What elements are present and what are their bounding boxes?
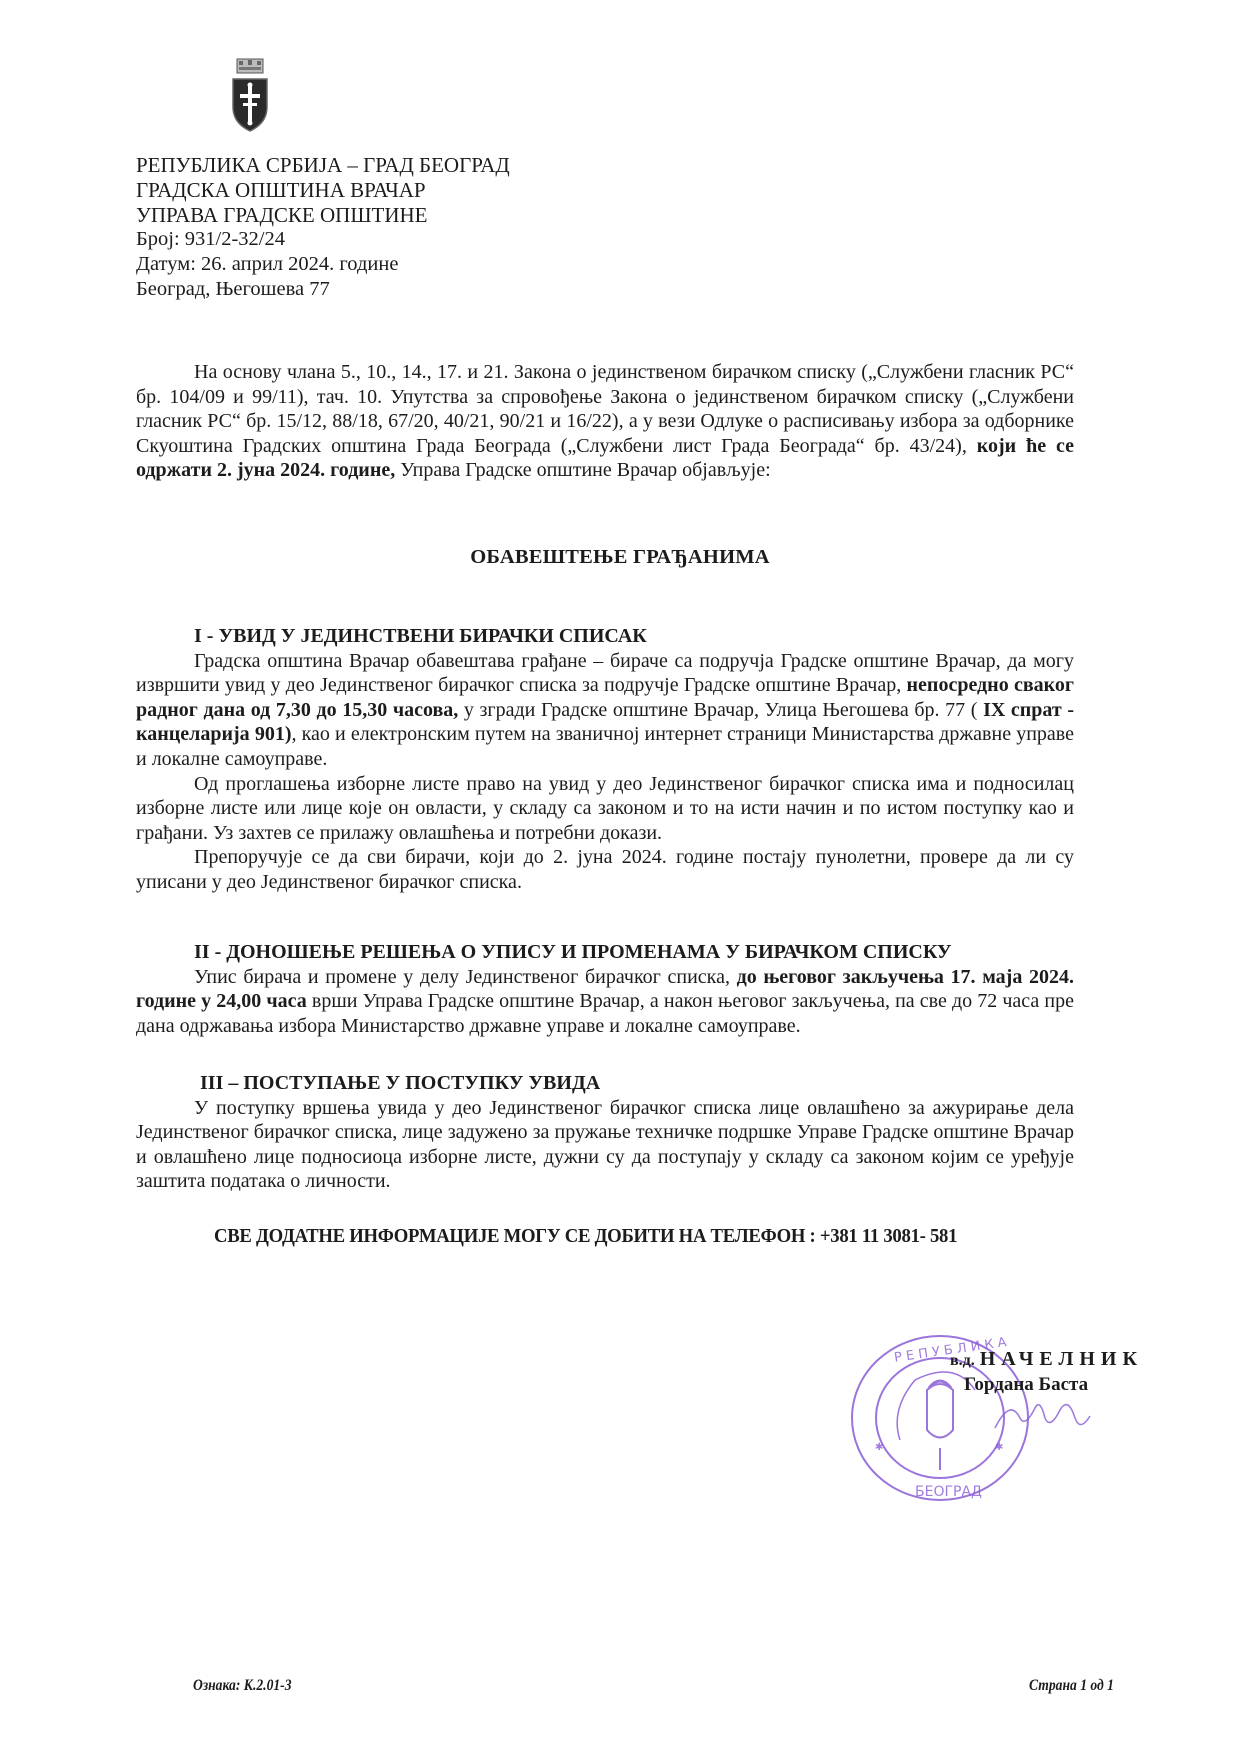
page-number: Страна 1 од 1 [1029,1677,1114,1695]
header-country-city: РЕПУБЛИКА СРБИЈА – ГРАД БЕОГРАД [136,153,510,178]
section-3-heading: III – ПОСТУПАЊЕ У ПОСТУПКУ УВИДА [136,1071,1074,1096]
document-page: РЕПУБЛИКА СРБИЈА – ГРАД БЕОГРАД ГРАДСКА … [0,0,1240,1753]
header-administration: УПРАВА ГРАДСКЕ ОПШТИНЕ [136,203,510,228]
header-address: Београд, Његошева 77 [136,277,510,302]
section-2-text: Упис бирача и промене у делу Јединствено… [194,966,737,988]
intro-paragraph: На основу члана 5., 10., 14., 17. и 21. … [136,360,1074,483]
section-2: II - ДОНОШЕЊЕ РЕШЕЊА О УПИСУ И ПРОМЕНАМА… [136,940,1074,1038]
letterhead: РЕПУБЛИКА СРБИЈА – ГРАД БЕОГРАД ГРАДСКА … [136,153,510,302]
svg-text:✱: ✱ [995,1442,1003,1453]
document-title: ОБАВЕШТЕЊЕ ГРАЂАНИМА [0,546,1240,569]
header-date: Датум: 26. април 2024. године [136,252,510,277]
section-2-heading: II - ДОНОШЕЊЕ РЕШЕЊА О УПИСУ И ПРОМЕНАМА… [136,940,1074,965]
section-1-text: у згради Градске општине Врачар, Улица Њ… [458,699,983,721]
header-municipality: ГРАДСКА ОПШТИНА ВРАЧАР [136,178,510,203]
intro-text: На основу члана 5., 10., 14., 17. и 21. … [136,361,1074,457]
signature-block: в.д. НАЧЕЛНИК Гордана Баста [950,1347,1143,1397]
header-reference-number: Број: 931/2-32/24 [136,227,510,252]
svg-text:БЕОГРАД: БЕОГРАД [915,1484,982,1500]
section-1: I - УВИД У ЈЕДИНСТВЕНИ БИРАЧКИ СПИСАК Гр… [136,624,1074,895]
section-1-paragraph-2: Од проглашења изборне листе право на уви… [136,772,1074,846]
contact-phone-line: СВЕ ДОДАТНЕ ИНФОРМАЦИЈЕ МОГУ СЕ ДОБИТИ Н… [214,1226,957,1248]
section-1-paragraph-3: Препоручује се да сви бирачи, који до 2.… [136,845,1074,894]
coat-of-arms-icon [231,57,269,133]
section-1-heading: I - УВИД У ЈЕДИНСТВЕНИ БИРАЧКИ СПИСАК [136,624,1074,649]
section-3-paragraph: У поступку вршења увида у део Јединствен… [136,1096,1074,1194]
acting-prefix: в.д. [950,1352,975,1369]
signatory-name: Гордана Баста [950,1373,1143,1397]
svg-text:✱: ✱ [875,1442,883,1453]
intro-text-end: Управа Градске општине Врачар објављује: [395,459,770,481]
document-code: Ознака: К.2.01-3 [193,1677,292,1695]
signatory-title: НАЧЕЛНИК [980,1348,1143,1370]
section-3: III – ПОСТУПАЊЕ У ПОСТУПКУ УВИДА У посту… [136,1071,1074,1194]
